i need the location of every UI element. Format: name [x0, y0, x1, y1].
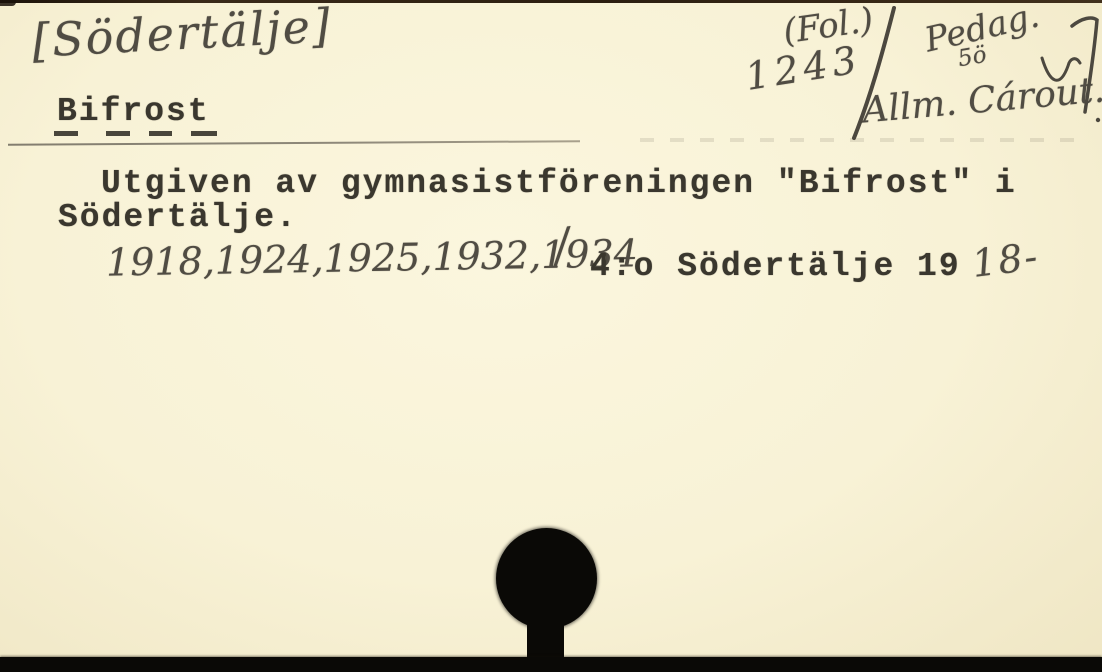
imprint-year-handwritten: 18- — [970, 234, 1042, 286]
place-heading-handwritten: [Södertälje] — [31, 0, 333, 68]
title-underline-dash — [149, 131, 172, 136]
divider-slash-stroke — [854, 8, 894, 138]
pencil-bracket-strokes — [840, 0, 1102, 150]
closing-bracket-stroke — [1072, 18, 1097, 112]
punch-hole-slot — [527, 612, 564, 662]
pencil-dot — [1096, 118, 1100, 122]
title-underline-dash — [191, 131, 217, 136]
body-line-1: Utgiven av gymnasistföreningen "Bifrost"… — [101, 167, 1017, 200]
pencil-rule — [8, 140, 580, 145]
scan-corner-mark — [0, 0, 16, 6]
body-line-2: Södertälje. — [58, 201, 298, 234]
imprint-typed: 4:o Södertälje 19 — [590, 250, 961, 283]
title-underline-dash — [54, 131, 78, 136]
title-underline-dash — [106, 131, 130, 136]
flourish-stroke — [1042, 58, 1080, 80]
card-title: Bifrost — [57, 95, 210, 128]
scan-bottom-edge — [0, 657, 1102, 672]
catalog-card: [Södertälje] Bifrost (Fol.) 1243 Pedag. … — [0, 0, 1102, 672]
